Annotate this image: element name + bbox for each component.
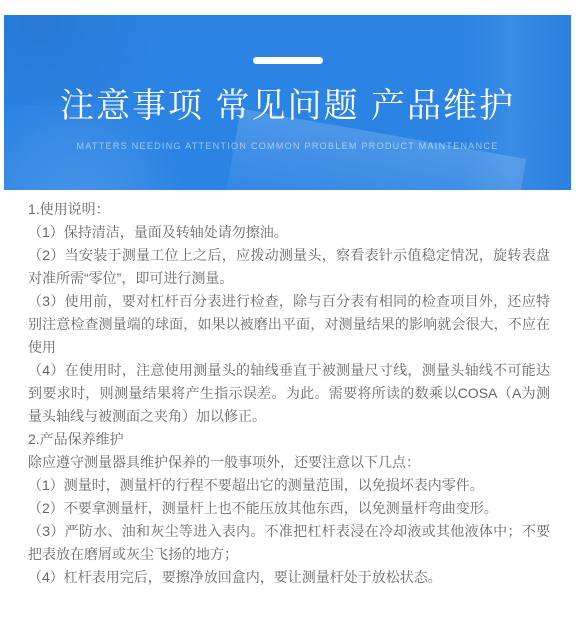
usage-item-2: （2）当安装于测量工位上之后，应拨动测量头，察看表针示值稳定情况，旋转表盘对准所… bbox=[28, 244, 550, 290]
usage-heading: 1.使用说明： bbox=[28, 198, 550, 221]
section-maintenance: 2.产品保养维护 除应遵守测量器具维护保养的一般事项外，还要注意以下几点： （1… bbox=[28, 428, 550, 589]
usage-item-4: （4）在使用时，注意使用测量头的轴线垂直于被测量尺寸线，测量头轴线不可能达到要求… bbox=[28, 359, 550, 428]
page-root: { "colors": { "banner_blue": "#2b83e3", … bbox=[0, 0, 578, 618]
section-usage-instructions: 1.使用说明： （1）保持清洁，量面及转轴处请勿擦油。 （2）当安装于测量工位上… bbox=[28, 198, 550, 428]
banner-title: 注意事项 常见问题 产品维护 bbox=[60, 88, 515, 124]
maintenance-item-1: （1）测量时，测量杆的行程不要超出它的测量范围，以免损坏表内零件。 bbox=[28, 474, 550, 497]
instructions-body: 1.使用说明： （1）保持清洁，量面及转轴处请勿擦油。 （2）当安装于测量工位上… bbox=[0, 196, 578, 589]
maintenance-item-2: （2）不要拿测量杆，测量杆上也不能压放其他东西，以免测量杆弯曲变形。 bbox=[28, 497, 550, 520]
banner-divider-dash bbox=[253, 57, 323, 64]
maintenance-heading: 2.产品保养维护 bbox=[28, 428, 550, 451]
banner-content: 注意事项 常见问题 产品维护 MATTERS NEEDING ATTENTION… bbox=[4, 15, 571, 190]
usage-item-1: （1）保持清洁，量面及转轴处请勿擦油。 bbox=[28, 221, 550, 244]
maintenance-item-4: （4）杠杆表用完后，要擦净放回盒内，要让测量杆处于放松状态。 bbox=[28, 566, 550, 589]
banner-subtitle: MATTERS NEEDING ATTENTION COMMON PROBLEM… bbox=[76, 141, 498, 151]
usage-item-3: （3）使用前，要对杠杆百分表进行检查，除与百分表有相同的检查项目外，还应特别注意… bbox=[28, 290, 550, 359]
hero-banner: 注意事项 常见问题 产品维护 MATTERS NEEDING ATTENTION… bbox=[4, 15, 571, 190]
maintenance-item-3: （3）严防水、油和灰尘等进入表内。不准把杠杆表浸在冷却液或其他液体中；不要把表放… bbox=[28, 520, 550, 566]
maintenance-intro: 除应遵守测量器具维护保养的一般事项外，还要注意以下几点： bbox=[28, 451, 550, 474]
